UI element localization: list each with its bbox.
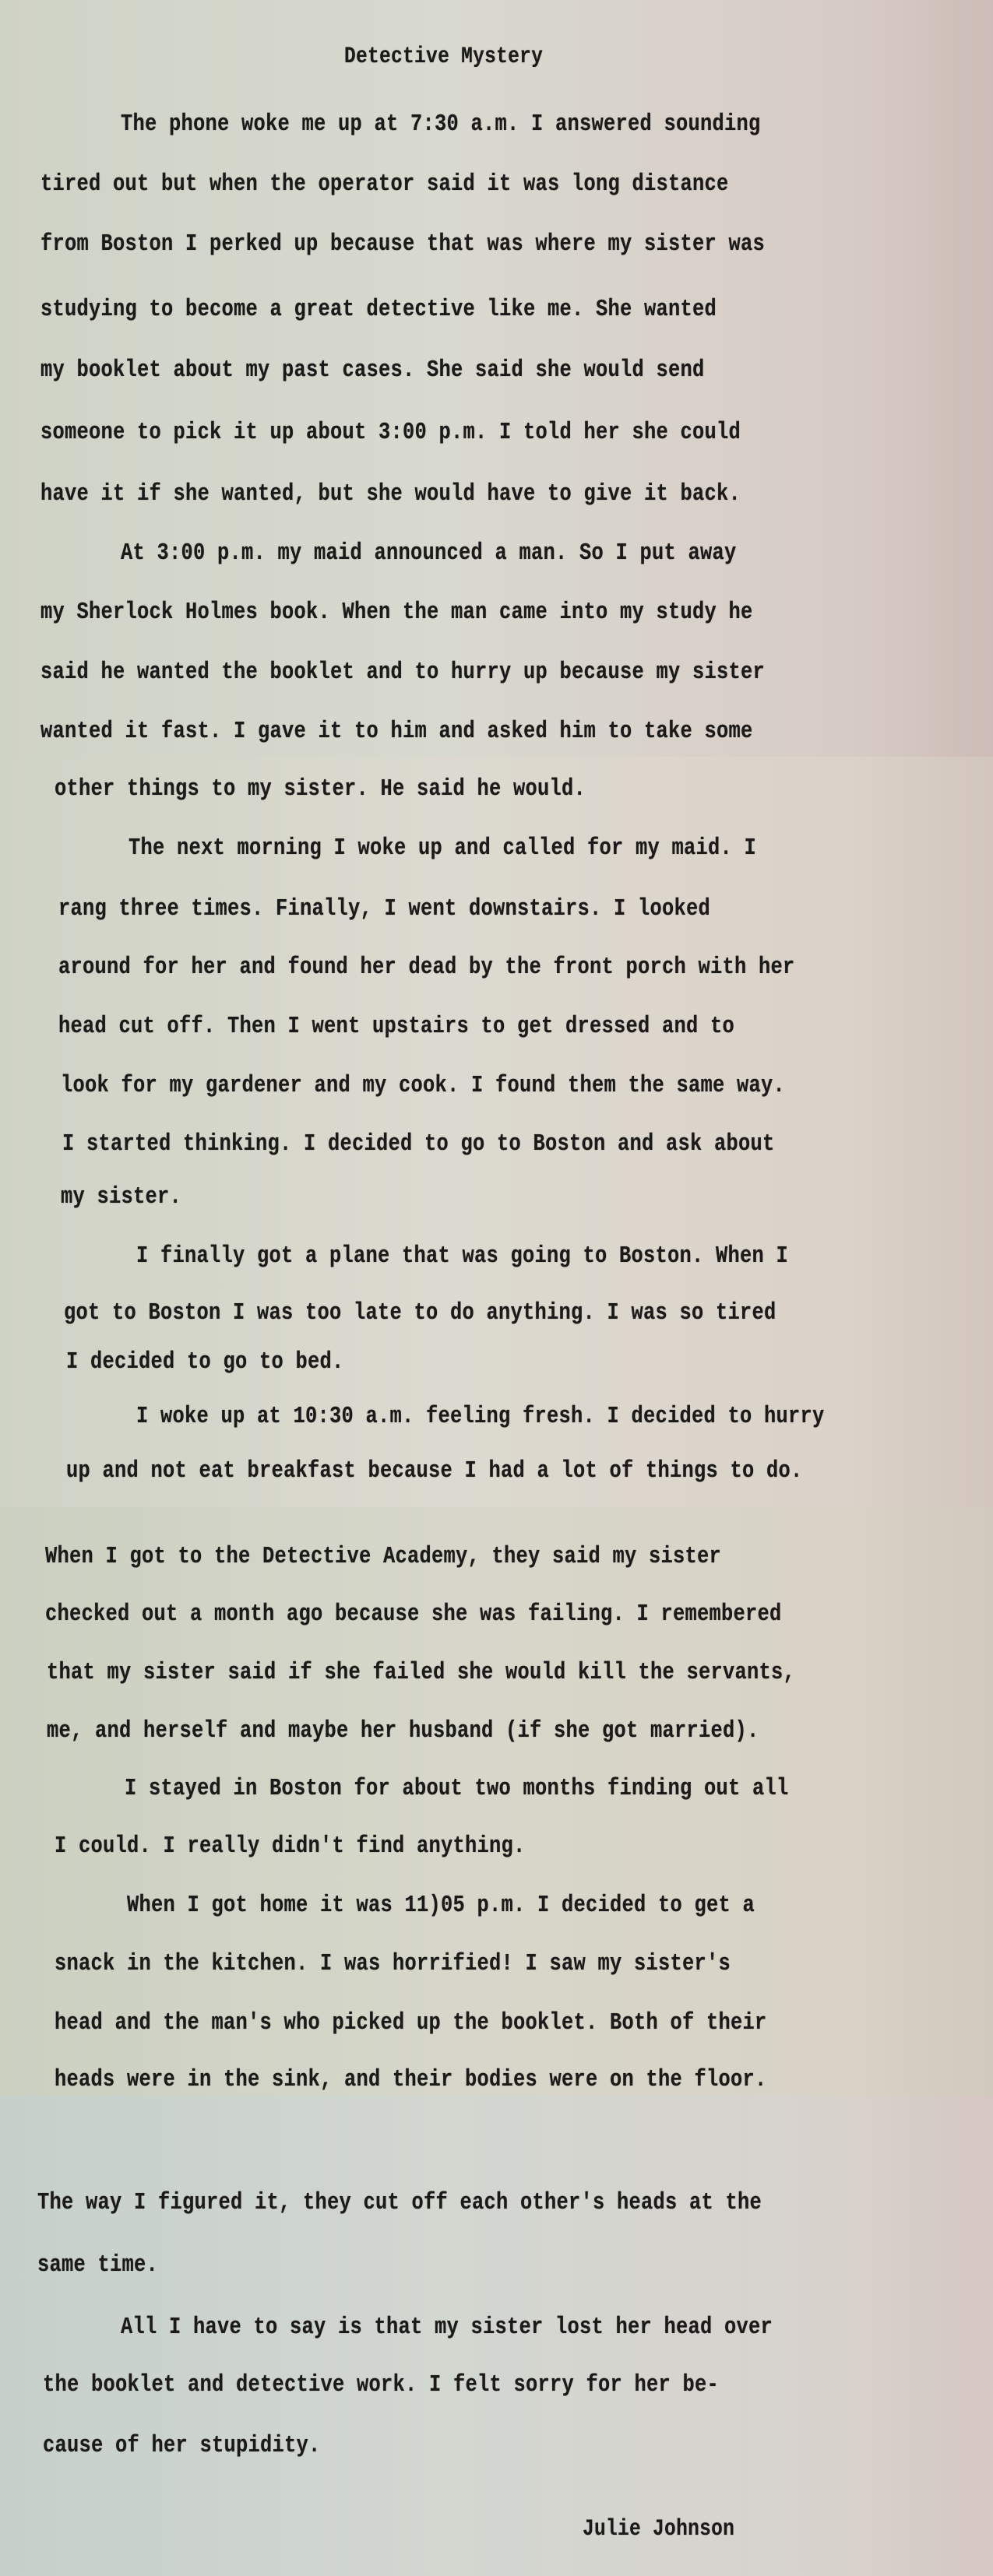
text-line: cause of her stupidity. — [43, 2432, 321, 2459]
text-line: The next morning I woke up and called fo… — [129, 835, 756, 862]
text-line: me, and herself and maybe her husband (i… — [47, 1717, 759, 1745]
text-line: have it if she wanted, but she would hav… — [40, 480, 741, 508]
text-line: my Sherlock Holmes book. When the man ca… — [40, 599, 753, 626]
text-line: other things to my sister. He said he wo… — [55, 775, 586, 803]
text-line: The phone woke me up at 7:30 a.m. I answ… — [121, 111, 761, 138]
text-line: head cut off. Then I went upstairs to ge… — [58, 1013, 734, 1040]
text-line: checked out a month ago because she was … — [45, 1601, 782, 1628]
text-line: got to Boston I was too late to do anyth… — [64, 1299, 776, 1327]
text-line: I woke up at 10:30 a.m. feeling fresh. I… — [136, 1403, 825, 1430]
text-line: up and not eat breakfast because I had a… — [66, 1457, 803, 1485]
page-strip-3: When I got to the Detective Academy, the… — [0, 1507, 993, 2096]
text-line: I finally got a plane that was going to … — [136, 1242, 788, 1270]
text-line: All I have to say is that my sister lost… — [121, 2314, 773, 2341]
page-strip-1: Detective Mystery The phone woke me up a… — [0, 0, 993, 757]
text-line: snack in the kitchen. I was horrified! I… — [55, 1950, 731, 1977]
text-line: said he wanted the booklet and to hurry … — [40, 659, 765, 686]
text-line: same time. — [37, 2251, 158, 2279]
text-line: around for her and found her dead by the… — [58, 954, 795, 981]
text-line: When I got home it was 11)05 p.m. I deci… — [127, 1892, 755, 1919]
text-line: I could. I really didn't find anything. — [55, 1833, 526, 1860]
text-line: from Boston I perked up because that was… — [40, 230, 765, 258]
text-line: heads were in the sink, and their bodies… — [55, 2066, 767, 2093]
text-line: At 3:00 p.m. my maid announced a man. So… — [121, 539, 737, 567]
text-line: I started thinking. I decided to go to B… — [62, 1130, 775, 1158]
text-line: studying to become a great detective lik… — [40, 296, 717, 323]
text-line: I stayed in Boston for about two months … — [125, 1775, 789, 1802]
text-line: I decided to go to bed. — [66, 1348, 344, 1376]
text-line: wanted it fast. I gave it to him and ask… — [40, 718, 753, 745]
text-line: someone to pick it up about 3:00 p.m. I … — [40, 419, 741, 446]
page-strip-4: The way I figured it, they cut off each … — [0, 2096, 993, 2576]
text-line: that my sister said if she failed she wo… — [47, 1659, 795, 1686]
text-line: the booklet and detective work. I felt s… — [43, 2371, 719, 2399]
text-line: rang three times. Finally, I went downst… — [58, 895, 710, 923]
text-line: The way I figured it, they cut off each … — [37, 2189, 762, 2216]
text-line: tired out but when the operator said it … — [40, 170, 729, 198]
author-signature: Julie Johnson — [583, 2516, 734, 2543]
text-line: my booklet about my past cases. She said… — [40, 357, 705, 384]
text-line: When I got to the Detective Academy, the… — [45, 1543, 721, 1570]
text-line: my sister. — [61, 1183, 181, 1211]
page-strip-2: other things to my sister. He said he wo… — [0, 757, 993, 1507]
document-title: Detective Mystery — [344, 44, 543, 70]
text-line: look for my gardener and my cook. I foun… — [61, 1072, 785, 1099]
text-line: head and the man's who picked up the boo… — [55, 2009, 767, 2037]
